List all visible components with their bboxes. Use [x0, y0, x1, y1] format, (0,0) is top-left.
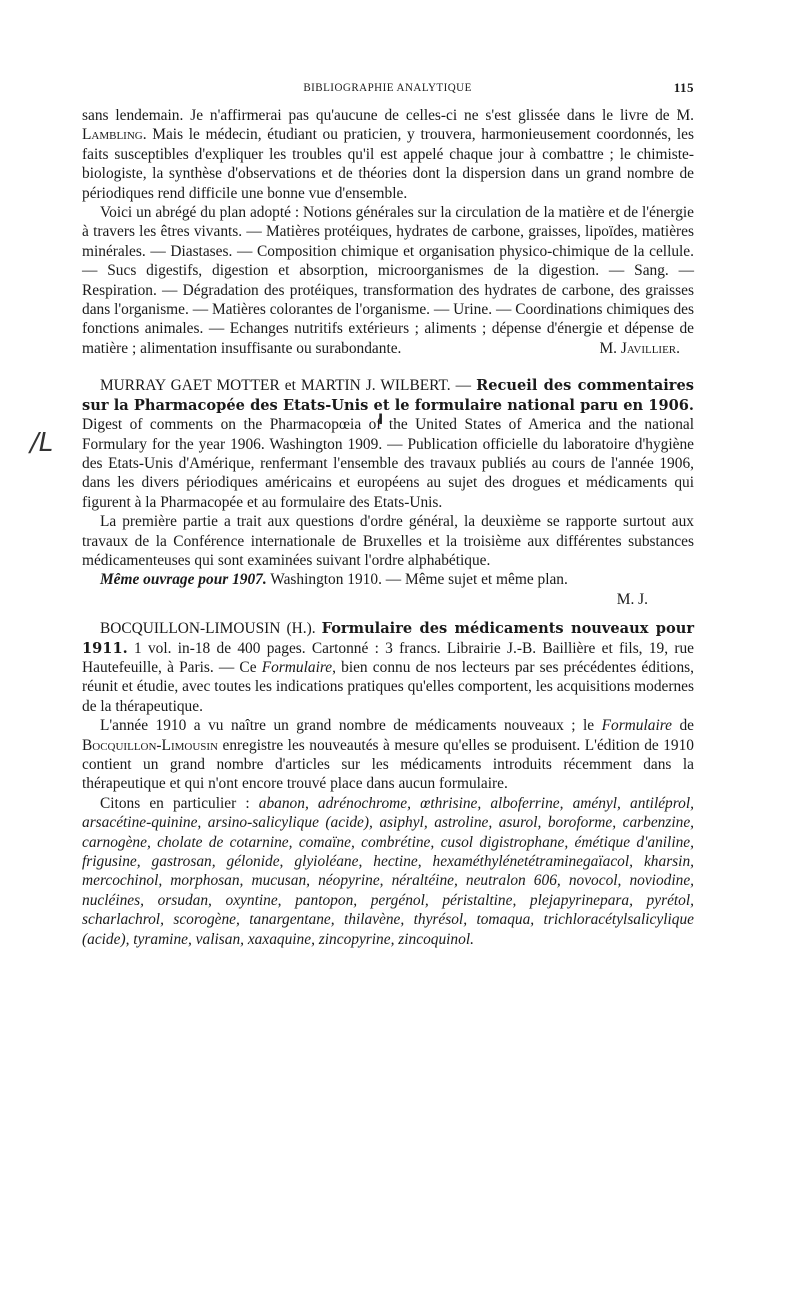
author-name: Lambling: [82, 126, 143, 143]
italic-text: Formulaire: [602, 717, 672, 734]
handwritten-margin-mark: /L: [30, 430, 80, 470]
review-motter-wilbert-paragraph-3: Même ouvrage pour 1907. Washington 1910.…: [82, 570, 694, 589]
book-page: BIBLIOGRAPHIE ANALYTIQUE 115 sans lendem…: [82, 80, 694, 949]
entry-authors: MURRAY GAET MOTTER et MARTIN J. WILBERT.…: [100, 377, 476, 394]
text-run: sans lendemain. Je n'affirmerai pas qu'a…: [82, 107, 694, 124]
entry-subtitle: Même ouvrage pour 1907.: [100, 571, 267, 588]
page-number: 115: [674, 80, 694, 96]
text-run: Citons en particulier :: [100, 795, 259, 812]
author-name: Bocquillon-Limousin: [82, 737, 218, 754]
spacer: [82, 358, 694, 376]
running-title: BIBLIOGRAPHIE ANALYTIQUE: [304, 80, 472, 95]
running-header: BIBLIOGRAPHIE ANALYTIQUE 115: [82, 80, 694, 100]
review-lambling-paragraph-1: sans lendemain. Je n'affirmerai pas qu'a…: [82, 106, 694, 203]
review-motter-wilbert-paragraph-1: MURRAY GAET MOTTER et MARTIN J. WILBERT.…: [82, 376, 694, 512]
review-lambling-paragraph-2: Voici un abrégé du plan adopté : Notions…: [82, 203, 694, 358]
text-run: L'année 1910 a vu naître un grand nombre…: [100, 717, 602, 734]
reviewer-signature: M. J.: [82, 590, 694, 609]
text-run: . Mais le médecin, étudiant ou praticien…: [82, 126, 694, 201]
reviewer-signature: M. Javillier.: [581, 339, 694, 358]
review-motter-wilbert-paragraph-2: La première partie a trait aux questions…: [82, 512, 694, 570]
text-run: de: [672, 717, 694, 734]
text-run: Digest of comments on the Pharmacopœia o…: [82, 416, 694, 511]
spacer: [82, 609, 694, 619]
entry-authors: BOCQUILLON-LIMOUSIN (H.).: [100, 620, 322, 637]
review-bocquillon-paragraph-3: Citons en particulier : abanon, adrénoch…: [82, 794, 694, 949]
text-run: Voici un abrégé du plan adopté : Notions…: [82, 204, 694, 357]
text-run: Washington 1910. — Même sujet et même pl…: [267, 571, 568, 588]
review-bocquillon-paragraph-2: L'année 1910 a vu naître un grand nombre…: [82, 716, 694, 794]
medication-list: abanon, adrénochrome, œthrisine, albofer…: [82, 795, 694, 948]
italic-text: Formulaire: [262, 659, 332, 676]
handwritten-mark-i: I: [378, 412, 383, 428]
review-bocquillon-paragraph-1: BOCQUILLON-LIMOUSIN (H.). Formulaire des…: [82, 619, 694, 716]
